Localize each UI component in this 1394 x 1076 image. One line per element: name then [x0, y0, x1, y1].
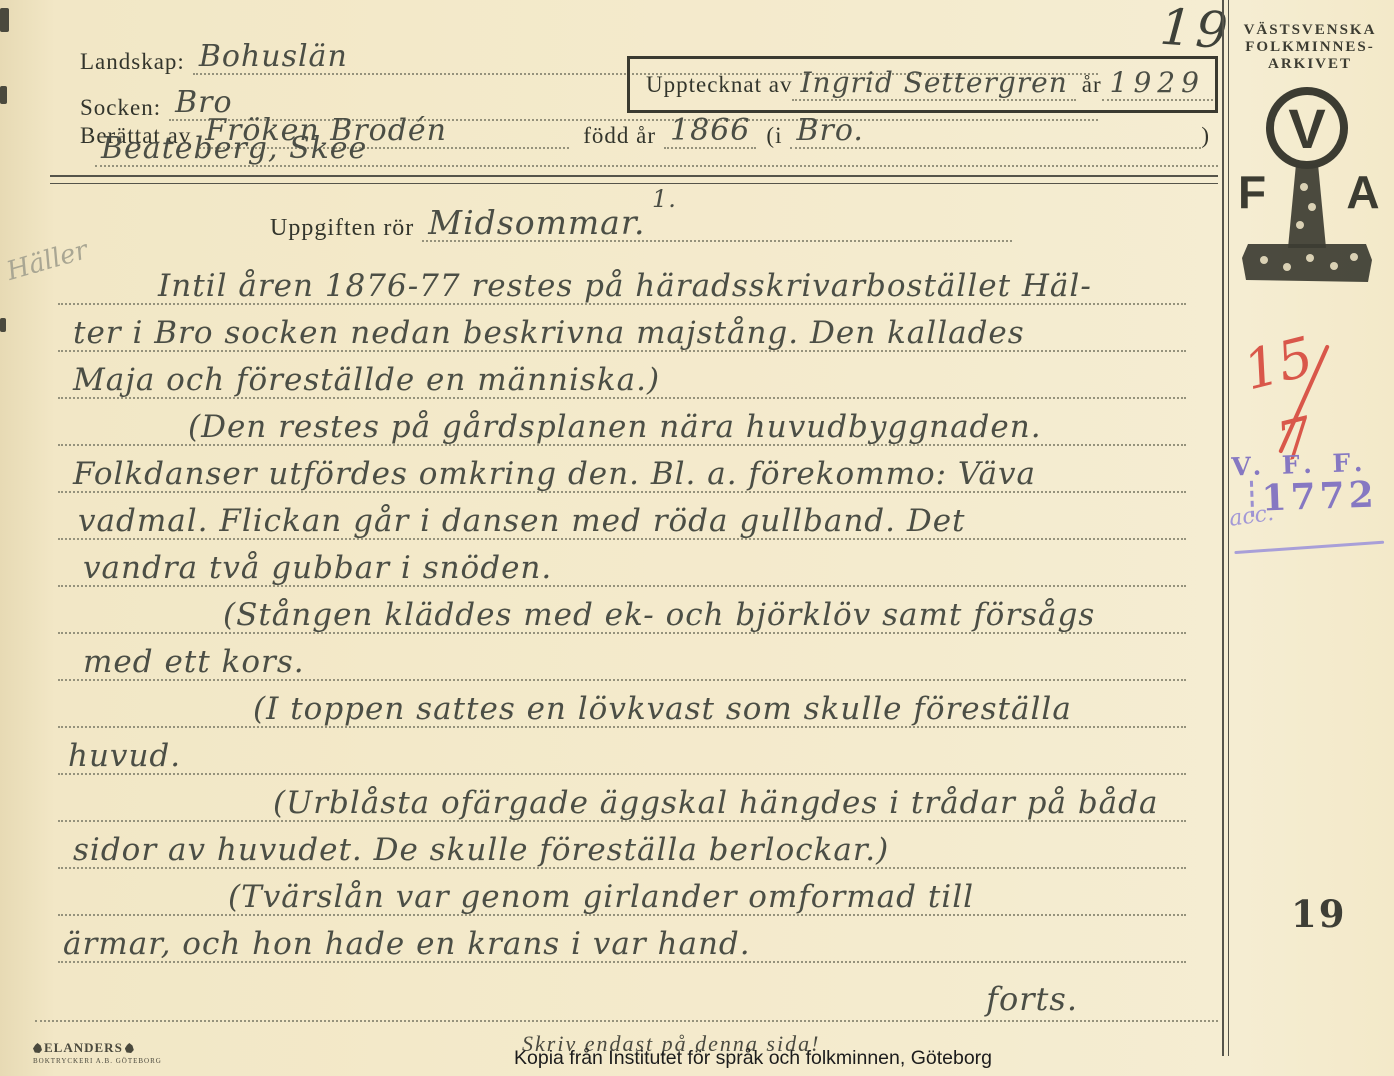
body-line: Maja och föreställde en människa.) [58, 352, 1186, 399]
body-line: vandra två gubbar i snöden. [58, 540, 1186, 587]
body-line: vadmal. Flickan går i dansen med röda gu… [58, 493, 1186, 540]
address-value: Beateberg, Skee [95, 134, 1218, 167]
upptecknat-box: Upptecknat av Ingrid Settergren år 1929 [627, 56, 1218, 113]
svg-text:F: F [1238, 166, 1266, 218]
page-number-stamp: 19 [1291, 892, 1347, 936]
body-line: Intil åren 1876-77 restes på häradsskriv… [58, 258, 1186, 305]
continuation-text: forts. [986, 980, 1078, 1018]
body-line: huvud. [58, 728, 1186, 775]
body-line: ter i Bro socken nedan beskrivna majstån… [58, 305, 1186, 352]
body-line: (Tvärslån var genom girlander omformad t… [58, 869, 1186, 916]
body-line: sidor av huvudet. De skulle föreställa b… [58, 822, 1186, 869]
svg-text:V: V [1288, 97, 1325, 160]
scan-artifact [0, 318, 6, 332]
scan-artifact [0, 86, 7, 104]
header-divider [50, 175, 1218, 184]
stamp-script-note: acc. [1228, 501, 1276, 532]
vfa-hammer-logo-icon: V F A [1232, 82, 1382, 312]
subject-row: Uppgiften rör Midsommar. [270, 206, 1012, 242]
stamp-underline [1234, 541, 1384, 554]
scan-artifact [0, 8, 9, 32]
sidebar-divider [1222, 0, 1229, 1056]
body-line: Folkdanser utfördes omkring den. Bl. a. … [58, 446, 1186, 493]
subject-label: Uppgiften rör [270, 215, 422, 242]
body-line: med ett kors. [58, 634, 1186, 681]
landskap-label: Landskap: [80, 49, 193, 75]
year-label: år [1076, 72, 1102, 98]
field-address: Beateberg, Skee [95, 134, 1218, 167]
printer-name: ELANDERS [44, 1040, 123, 1056]
year-value: 1929 [1102, 69, 1213, 101]
subject-value: Midsommar. [422, 206, 1012, 242]
accession-stamp: V. F. F. 1772 acc. [1231, 447, 1378, 517]
body-line: (Urblåsta ofärgade äggskal hängdes i trå… [58, 775, 1186, 822]
body-line: ärmar, och hon hade en krans i var hand. [58, 916, 1186, 963]
body-line: (Den restes på gårdsplanen nära huvudbyg… [58, 399, 1186, 446]
copy-attribution: Kopia från Institutet för språk och folk… [514, 1047, 992, 1070]
printer-ornament-icon [125, 1043, 134, 1053]
upptecknat-value: Ingrid Settergren [792, 69, 1075, 101]
upptecknat-label: Upptecknat av [646, 72, 792, 98]
archive-record-card: 19 Landskap: Bohuslän Socken: Bro Berätt… [0, 0, 1394, 1076]
organization-name: VÄSTSVENSKA FOLKMINNES- ARKIVET [1230, 22, 1390, 73]
body-line: (I toppen sattes en lövkvast som skulle … [58, 681, 1186, 728]
continuation-line: forts. [35, 974, 1218, 1022]
body-line: (Stången kläddes med ek- och björklöv sa… [58, 587, 1186, 634]
printer-ornament-icon [33, 1043, 42, 1053]
svg-text:A: A [1346, 166, 1379, 218]
printer-mark: ELANDERS BOKTRYCKERI A.B. GÖTEBORG [33, 1040, 162, 1065]
printer-subtitle: BOKTRYCKERI A.B. GÖTEBORG [33, 1057, 162, 1065]
